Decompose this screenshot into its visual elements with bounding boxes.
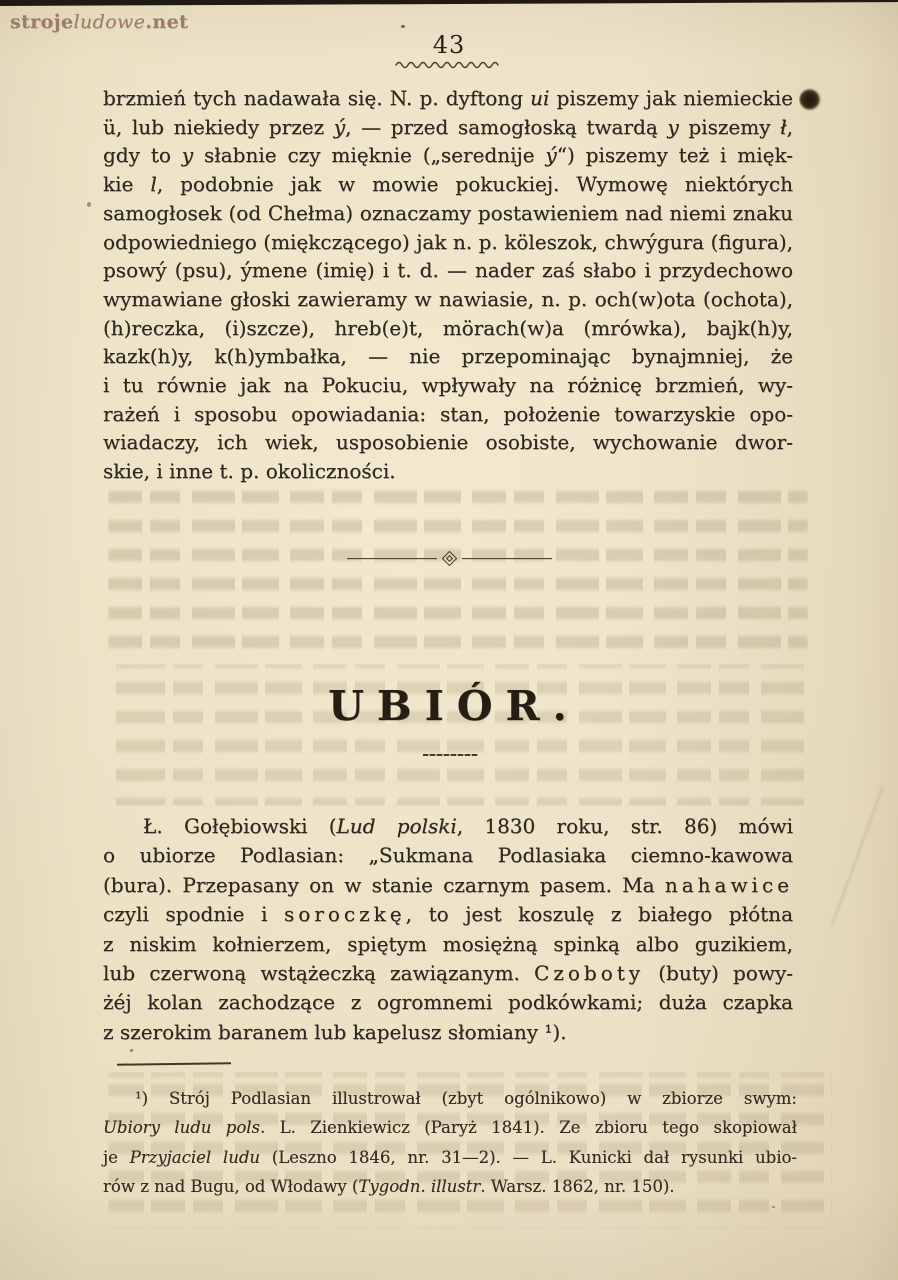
text-segment: z szerokim baranem lub kapelusz słomiany… — [103, 1020, 567, 1044]
text-segment: soroczkę — [284, 902, 406, 926]
text-line: ¹) Strój Podlasian illustrował (zbyt ogó… — [103, 1084, 797, 1113]
text-segment: piszemy jak niemieckie — [549, 86, 793, 110]
text-line: (bura). Przepasany on w stanie czarnym p… — [103, 871, 793, 900]
text-segment: piszemy — [679, 115, 780, 139]
text-segment: ui — [530, 86, 549, 110]
text-line: kie l, podobnie jak w mowie pokuckiej. W… — [103, 170, 793, 199]
watermark-bold-part: stroje — [10, 11, 74, 33]
text-segment: (buty) powy- — [644, 961, 793, 985]
paragraph-ubior-description: Ł. Gołębiowski (Lud polski, 1830 roku, s… — [103, 812, 793, 1047]
paragraph-phonetics: brzmień tych nadawała się. N. p. dyftong… — [103, 84, 793, 486]
text-segment: Ł. Gołębiowski ( — [143, 814, 337, 838]
text-segment: , — [787, 115, 793, 139]
text-segment: słabnie czy mięknie („serednije — [193, 143, 545, 167]
watermark-domain-part: .net — [145, 11, 188, 33]
text-segment: ý — [334, 115, 345, 139]
heading-rule — [423, 754, 478, 756]
text-segment: ý — [545, 143, 556, 167]
text-line: i tu równie jak na Pokuciu, wpływały na … — [103, 371, 793, 400]
text-line: ü, lub niekiedy przez ý, — przed samogło… — [103, 113, 793, 142]
text-segment: żéj kolan zachodzące z ogromnemi podkówk… — [103, 990, 793, 1014]
text-segment: Lud polski — [337, 814, 457, 838]
text-segment: Czoboty — [534, 961, 644, 985]
text-segment: Przyjaciel ludu — [130, 1148, 260, 1167]
paper-crease — [830, 786, 883, 928]
text-segment: . Warsz. 1862, nr. 150). — [480, 1177, 674, 1196]
watermark: strojeludowe.net — [10, 11, 188, 33]
page-number: 43 — [0, 31, 898, 59]
text-segment: czyli spodnie i — [103, 902, 284, 926]
text-segment: nahawice — [665, 873, 793, 897]
text-segment: (h)reczka, (i)szcze), hreb(e)t, mörach(w… — [103, 316, 793, 340]
divider-line-left — [347, 558, 437, 559]
text-line: wiadaczy, ich wiek, usposobienie osobist… — [103, 428, 793, 457]
text-segment: i tu równie jak na Pokuciu, wpływały na … — [103, 373, 793, 397]
text-segment: wiadaczy, ich wiek, usposobienie osobist… — [103, 430, 793, 454]
text-line: rażeń i sposobu opowiadania: stan, położ… — [103, 400, 793, 429]
text-segment: (Leszno 1846, nr. 31—2). — L. Kunicki da… — [260, 1148, 797, 1167]
text-line: skie, i inne t. p. okoliczności. — [103, 457, 793, 486]
text-line: brzmień tych nadawała się. N. p. dyftong… — [103, 84, 793, 113]
text-line: (h)reczka, (i)szcze), hreb(e)t, mörach(w… — [103, 314, 793, 343]
scanned-book-page: strojeludowe.net 43 brzmień tych nadawał… — [0, 0, 898, 1280]
text-segment: gdy to — [103, 143, 182, 167]
text-segment: . L. Zienkiewicz (Paryż 1841). Ze zbioru… — [260, 1118, 797, 1137]
text-segment: je — [103, 1148, 130, 1167]
text-segment: Ubiory ludu pols — [103, 1118, 260, 1137]
text-segment: o ubiorze Podlasian: „Sukmana Podlasiaka… — [103, 843, 793, 867]
text-line: o ubiorze Podlasian: „Sukmana Podlasiaka… — [103, 841, 793, 870]
text-segment: Tygodn. illustr — [358, 1177, 480, 1196]
text-line: wymawiane głoski zawieramy w nawiasie, n… — [103, 285, 793, 314]
text-line: żéj kolan zachodzące z ogromnemi podkówk… — [103, 988, 793, 1017]
text-line: psowý (psu), ýmene (imię) i t. d. — nade… — [103, 256, 793, 285]
text-segment: , 1830 roku, str. 86) mówi — [457, 814, 793, 838]
footnote-separator — [117, 1062, 231, 1065]
text-line: z niskim kołnierzem, spiętym mosiężną sp… — [103, 930, 793, 959]
text-segment: brzmień tych nadawała się. N. p. dyftong — [103, 86, 530, 110]
paper-speck — [401, 25, 405, 28]
bleedthrough-text — [108, 484, 808, 662]
text-line: gdy to y słabnie czy mięknie („serednije… — [103, 141, 793, 170]
text-segment: (bura). Przepasany on w stanie czarnym p… — [103, 873, 665, 897]
text-line: czyli spodnie i soroczkę, to jest koszul… — [103, 900, 793, 929]
text-line: Ubiory ludu pols. L. Zienkiewicz (Paryż … — [103, 1113, 797, 1142]
scan-edge-shadow — [0, 0, 898, 6]
text-segment: ü, lub niekiedy przez — [103, 115, 334, 139]
text-segment: , — przed samogłoską twardą — [345, 115, 667, 139]
section-title: UBIÓR. — [0, 682, 898, 730]
paper-speck — [772, 1206, 775, 1208]
text-segment: y — [667, 115, 678, 139]
text-line: Ł. Gołębiowski (Lud polski, 1830 roku, s… — [103, 812, 793, 841]
text-line: rów z nad Bugu, od Włodawy (Tygodn. illu… — [103, 1172, 797, 1201]
text-line: kazk(h)y, k(h)ymbałka, — nie przepominaj… — [103, 342, 793, 371]
text-line: z szerokim baranem lub kapelusz słomiany… — [103, 1018, 793, 1047]
text-line: je Przyjaciel ludu (Leszno 1846, nr. 31—… — [103, 1143, 797, 1172]
text-segment: kazk(h)y, k(h)ymbałka, — nie przepominaj… — [103, 344, 793, 368]
text-segment: odpowiedniego (miękczącego) jak n. p. kö… — [103, 230, 793, 254]
text-segment: wymawiane głoski zawieramy w nawiasie, n… — [103, 287, 793, 311]
text-segment: , podobnie jak w mowie pokuckiej. Wymowę… — [157, 172, 793, 196]
text-segment: skie, i inne t. p. okoliczności. — [103, 459, 396, 483]
text-line: lub czerwoną wstążeczką zawiązanym. Czob… — [103, 959, 793, 988]
text-segment: rów z nad Bugu, od Włodawy ( — [103, 1177, 358, 1196]
text-segment: , to jest koszulę z białego płótna — [406, 902, 793, 926]
text-segment: lub czerwoną wstążeczką zawiązanym. — [103, 961, 534, 985]
diamond-ornament-icon — [441, 551, 457, 567]
section-divider — [0, 553, 898, 564]
paper-speck — [130, 1049, 133, 1052]
text-segment: ¹) Strój Podlasian illustrował (zbyt ogó… — [135, 1089, 797, 1108]
squiggle-underline — [394, 59, 506, 70]
footnote: ¹) Strój Podlasian illustrował (zbyt ogó… — [103, 1084, 797, 1201]
text-segment: “) piszemy też i mięk- — [557, 143, 793, 167]
text-segment: z niskim kołnierzem, spiętym mosiężną sp… — [103, 932, 793, 956]
text-line: samogłosek (od Chełma) oznaczamy postawi… — [103, 199, 793, 228]
text-segment: rażeń i sposobu opowiadania: stan, położ… — [103, 402, 793, 426]
watermark-italic-part: ludowe — [74, 11, 146, 33]
text-segment: kie — [103, 172, 150, 196]
text-segment: psowý (psu), ýmene (imię) i t. d. — nade… — [103, 258, 793, 282]
text-line: odpowiedniego (miękczącego) jak n. p. kö… — [103, 228, 793, 257]
divider-line-right — [462, 558, 552, 559]
text-segment: y — [182, 143, 193, 167]
text-segment: samogłosek (od Chełma) oznaczamy postawi… — [103, 201, 793, 225]
ink-blob — [799, 88, 822, 111]
paper-speck — [87, 202, 91, 207]
